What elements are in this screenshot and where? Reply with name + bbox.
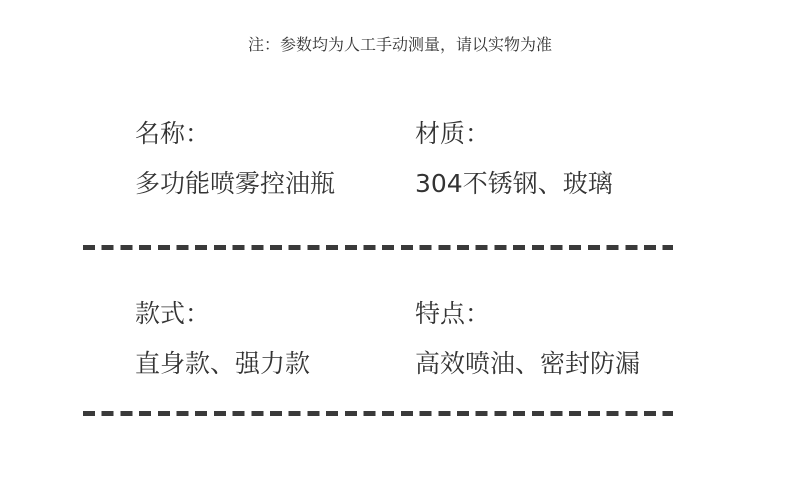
spec-material: 材质： 304不锈钢、玻璃 (415, 118, 613, 200)
spec-style-value: 直身款、强力款 (135, 348, 310, 380)
spec-name: 名称： 多功能喷雾控油瓶 (135, 118, 335, 200)
spec-material-label: 材质： (415, 118, 613, 150)
spec-style-label: 款式： (135, 298, 310, 330)
dashed-divider (83, 411, 673, 416)
spec-name-value: 多功能喷雾控油瓶 (135, 168, 335, 200)
spec-features-value: 高效喷油、密封防漏 (415, 348, 640, 380)
dashed-divider (83, 245, 673, 250)
spec-features-label: 特点： (415, 298, 640, 330)
measurement-note: 注：参数均为人工手动测量，请以实物为准 (0, 34, 800, 56)
spec-material-value: 304不锈钢、玻璃 (415, 168, 613, 200)
spec-name-label: 名称： (135, 118, 335, 150)
spec-features: 特点： 高效喷油、密封防漏 (415, 298, 640, 380)
spec-style: 款式： 直身款、强力款 (135, 298, 310, 380)
